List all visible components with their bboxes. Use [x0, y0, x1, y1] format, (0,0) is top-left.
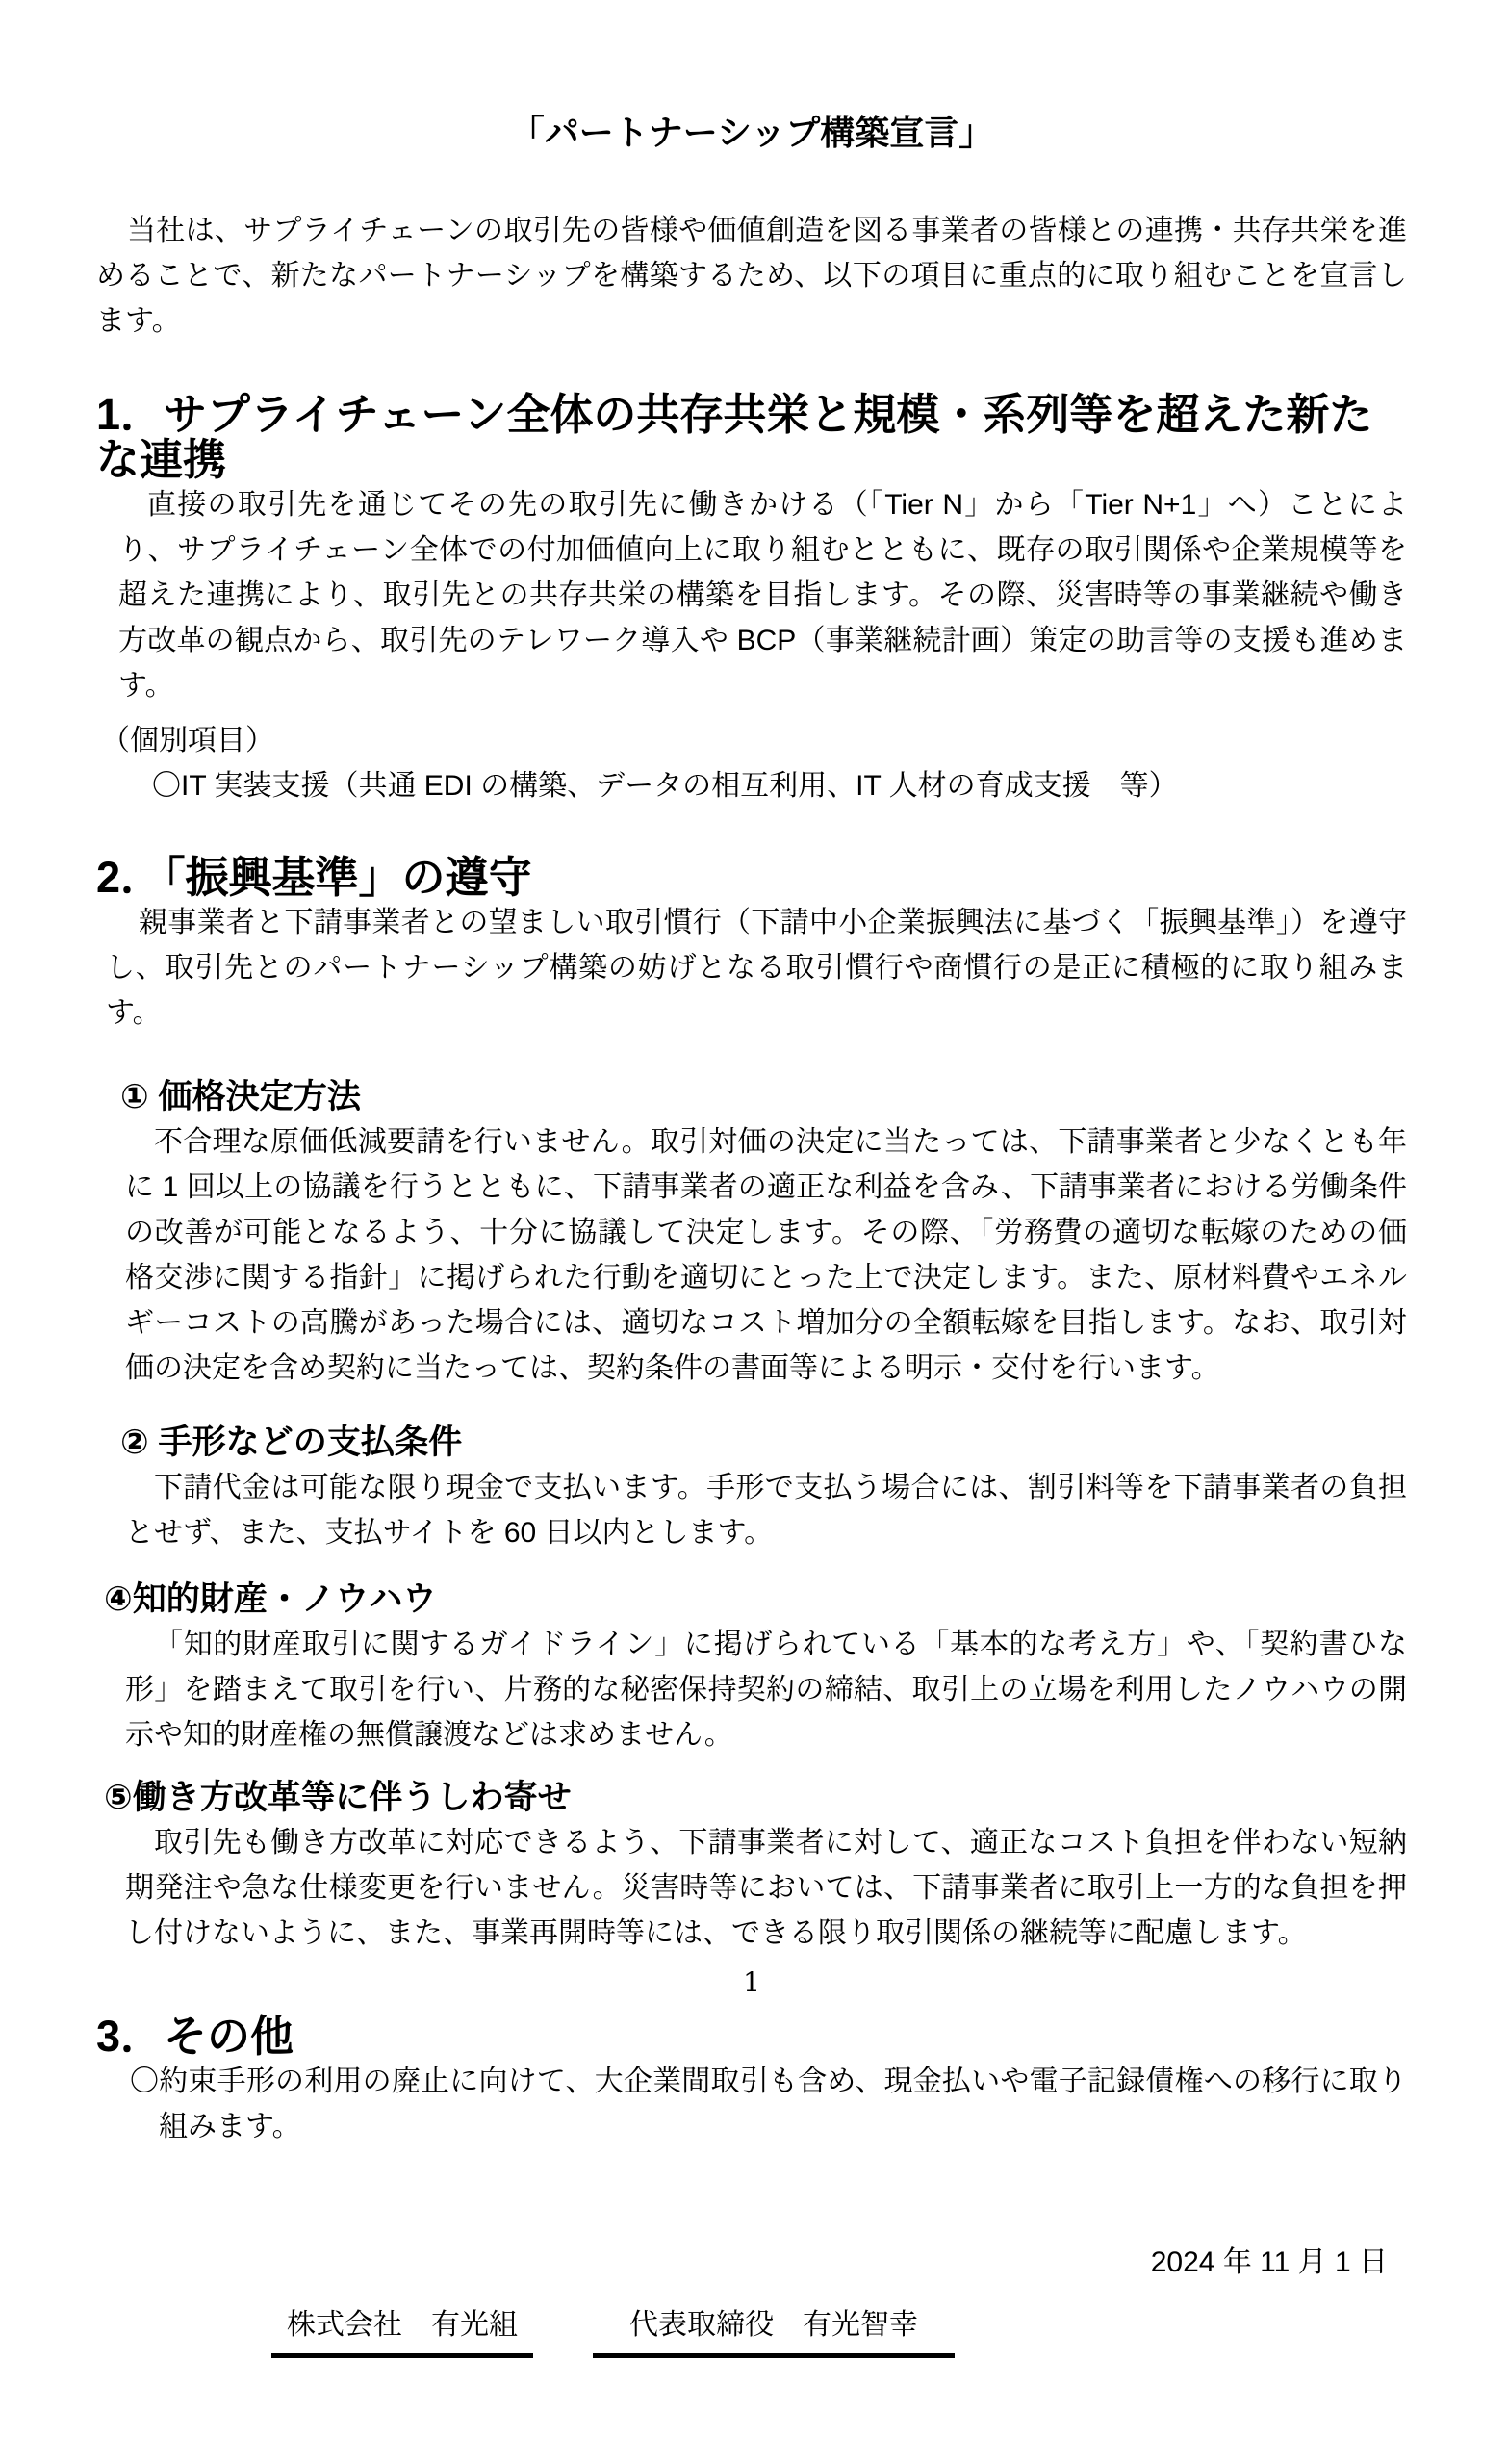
document-title: 「パートナーシップ構築宣言」 [96, 108, 1407, 158]
section-3: 3．その他 〇約束手形の利用の廃止に向けて、大企業間取引も含め、現金払いや電子記… [96, 2014, 1407, 2149]
section-3-bullet: 〇約束手形の利用の廃止に向けて、大企業間取引も含め、現金払いや電子記録債権への移… [96, 2059, 1407, 2149]
section-3-heading: 3．その他 [96, 2014, 1407, 2059]
document-page: 「パートナーシップ構築宣言」 当社は、サプライチェーンの取引先の皆様や価値創造を… [0, 0, 1508, 2464]
signature-row: 株式会社 有光組 代表取締役 有光智幸 [271, 2302, 1407, 2358]
subsection-4-body: 「知的財産取引に関するガイドライン」に掲げられている「基本的な考え方」や、「契約… [125, 1622, 1407, 1758]
section-1: 1．サプライチェーン全体の共存共栄と規模・系列等を超えた新たな連携 直接の取引先… [96, 392, 1407, 808]
declaration-date: 2024 年 11 月 1 日 [96, 2240, 1407, 2285]
section-2-body: 親事業者と下請事業者との望ましい取引慣行（下請中小企業振興法に基づく「振興基準」… [106, 900, 1407, 1036]
page-number: 1 [96, 1963, 1407, 2002]
subsection-1-heading: ① 価格決定方法 [120, 1074, 1407, 1119]
section-2-heading: 2．「振興基準」の遵守 [96, 855, 1407, 900]
section-1-heading: 1．サプライチェーン全体の共存共栄と規模・系列等を超えた新たな連携 [96, 392, 1407, 482]
subsection-price-determination: ① 価格決定方法 不合理な原価低減要請を行いません。取引対価の決定に当たっては、… [96, 1074, 1407, 1391]
subsection-5-body: 取引先も働き方改革に対応できるよう、下請事業者に対して、適正なコスト負担を伴わな… [125, 1820, 1407, 1956]
section-1-body: 直接の取引先を通じてその先の取引先に働きかける（「Tier N」から「Tier … [118, 482, 1407, 708]
subsection-2-body: 下請代金は可能な限り現金で支払います。手形で支払う場合には、割引料等を下請事業者… [125, 1465, 1407, 1555]
company-signature: 株式会社 有光組 [271, 2302, 533, 2358]
subsection-intellectual-property: ④知的財産・ノウハウ 「知的財産取引に関するガイドライン」に掲げられている「基本… [96, 1577, 1407, 1758]
subsection-2-heading: ② 手形などの支払条件 [120, 1420, 1407, 1465]
individual-items-label: （個別項目） [101, 718, 1407, 763]
representative-signature: 代表取締役 有光智幸 [593, 2302, 955, 2358]
subsection-1-body: 不合理な原価低減要請を行いません。取引対価の決定に当たっては、下請事業者と少なく… [125, 1119, 1407, 1391]
section-2: 2．「振興基準」の遵守 親事業者と下請事業者との望ましい取引慣行（下請中小企業振… [96, 855, 1407, 1956]
subsection-payment-terms: ② 手形などの支払条件 下請代金は可能な限り現金で支払います。手形で支払う場合に… [96, 1420, 1407, 1555]
intro-paragraph: 当社は、サプライチェーンの取引先の皆様や価値創造を図る事業者の皆様との連携・共存… [96, 208, 1407, 344]
subsection-5-heading: ⑤働き方改革等に伴うしわ寄せ [104, 1775, 1407, 1820]
it-support-item: 〇IT 実装支援（共通 EDI の構築、データの相互利用、IT 人材の育成支援 … [152, 763, 1407, 808]
subsection-4-heading: ④知的財産・ノウハウ [104, 1577, 1407, 1622]
subsection-work-style-reform: ⑤働き方改革等に伴うしわ寄せ 取引先も働き方改革に対応できるよう、下請事業者に対… [96, 1775, 1407, 1956]
